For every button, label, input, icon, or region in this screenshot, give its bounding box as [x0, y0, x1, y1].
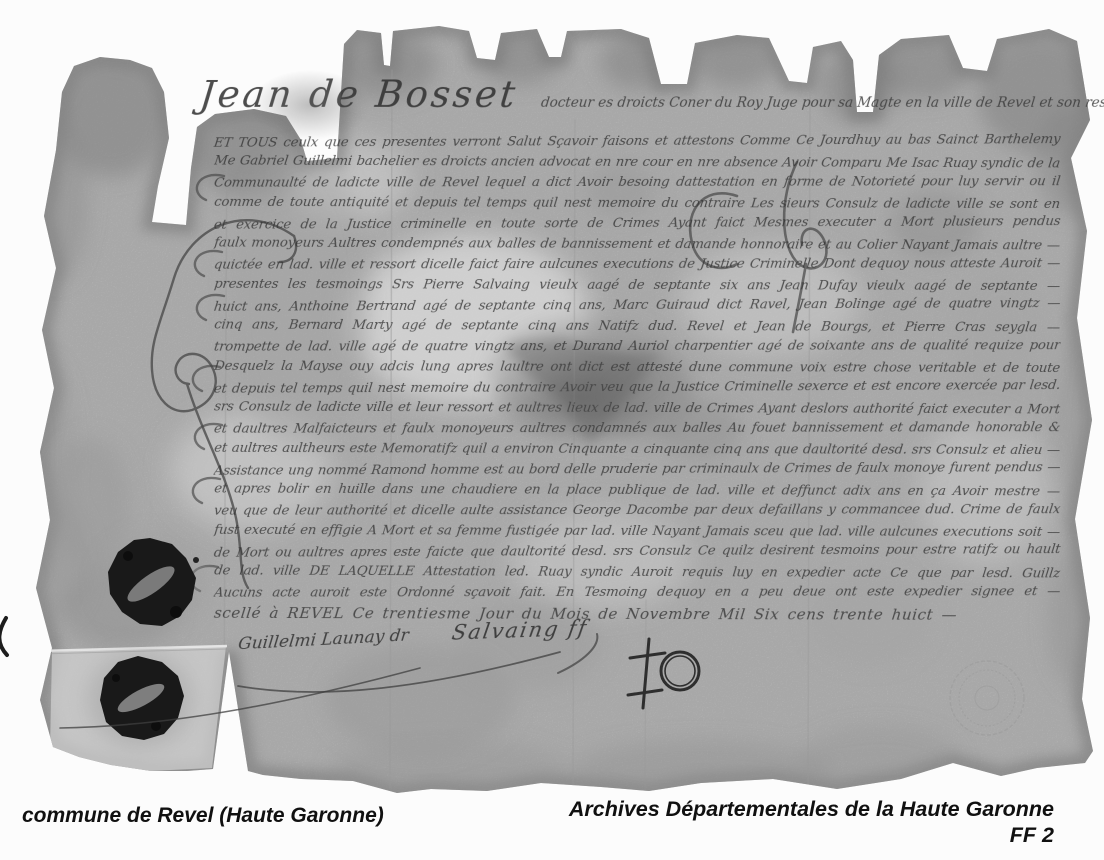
scanned-document-page: Jean de Bossetdocteur es droicts Coner d…: [0, 0, 1104, 860]
caption-archives-reference: FF 2: [569, 822, 1054, 848]
left-edge-mark: [0, 618, 7, 655]
wax-seal-bottom: [88, 652, 192, 748]
wax-seal-top: [98, 533, 206, 633]
caption-archives: Archives Départementales de la Haute Gar…: [569, 796, 1054, 848]
caption-archives-name: Archives Départementales de la Haute Gar…: [569, 796, 1054, 822]
parchment-artwork: [0, 0, 1104, 860]
caption-commune: commune de Revel (Haute Garonne): [22, 803, 384, 828]
